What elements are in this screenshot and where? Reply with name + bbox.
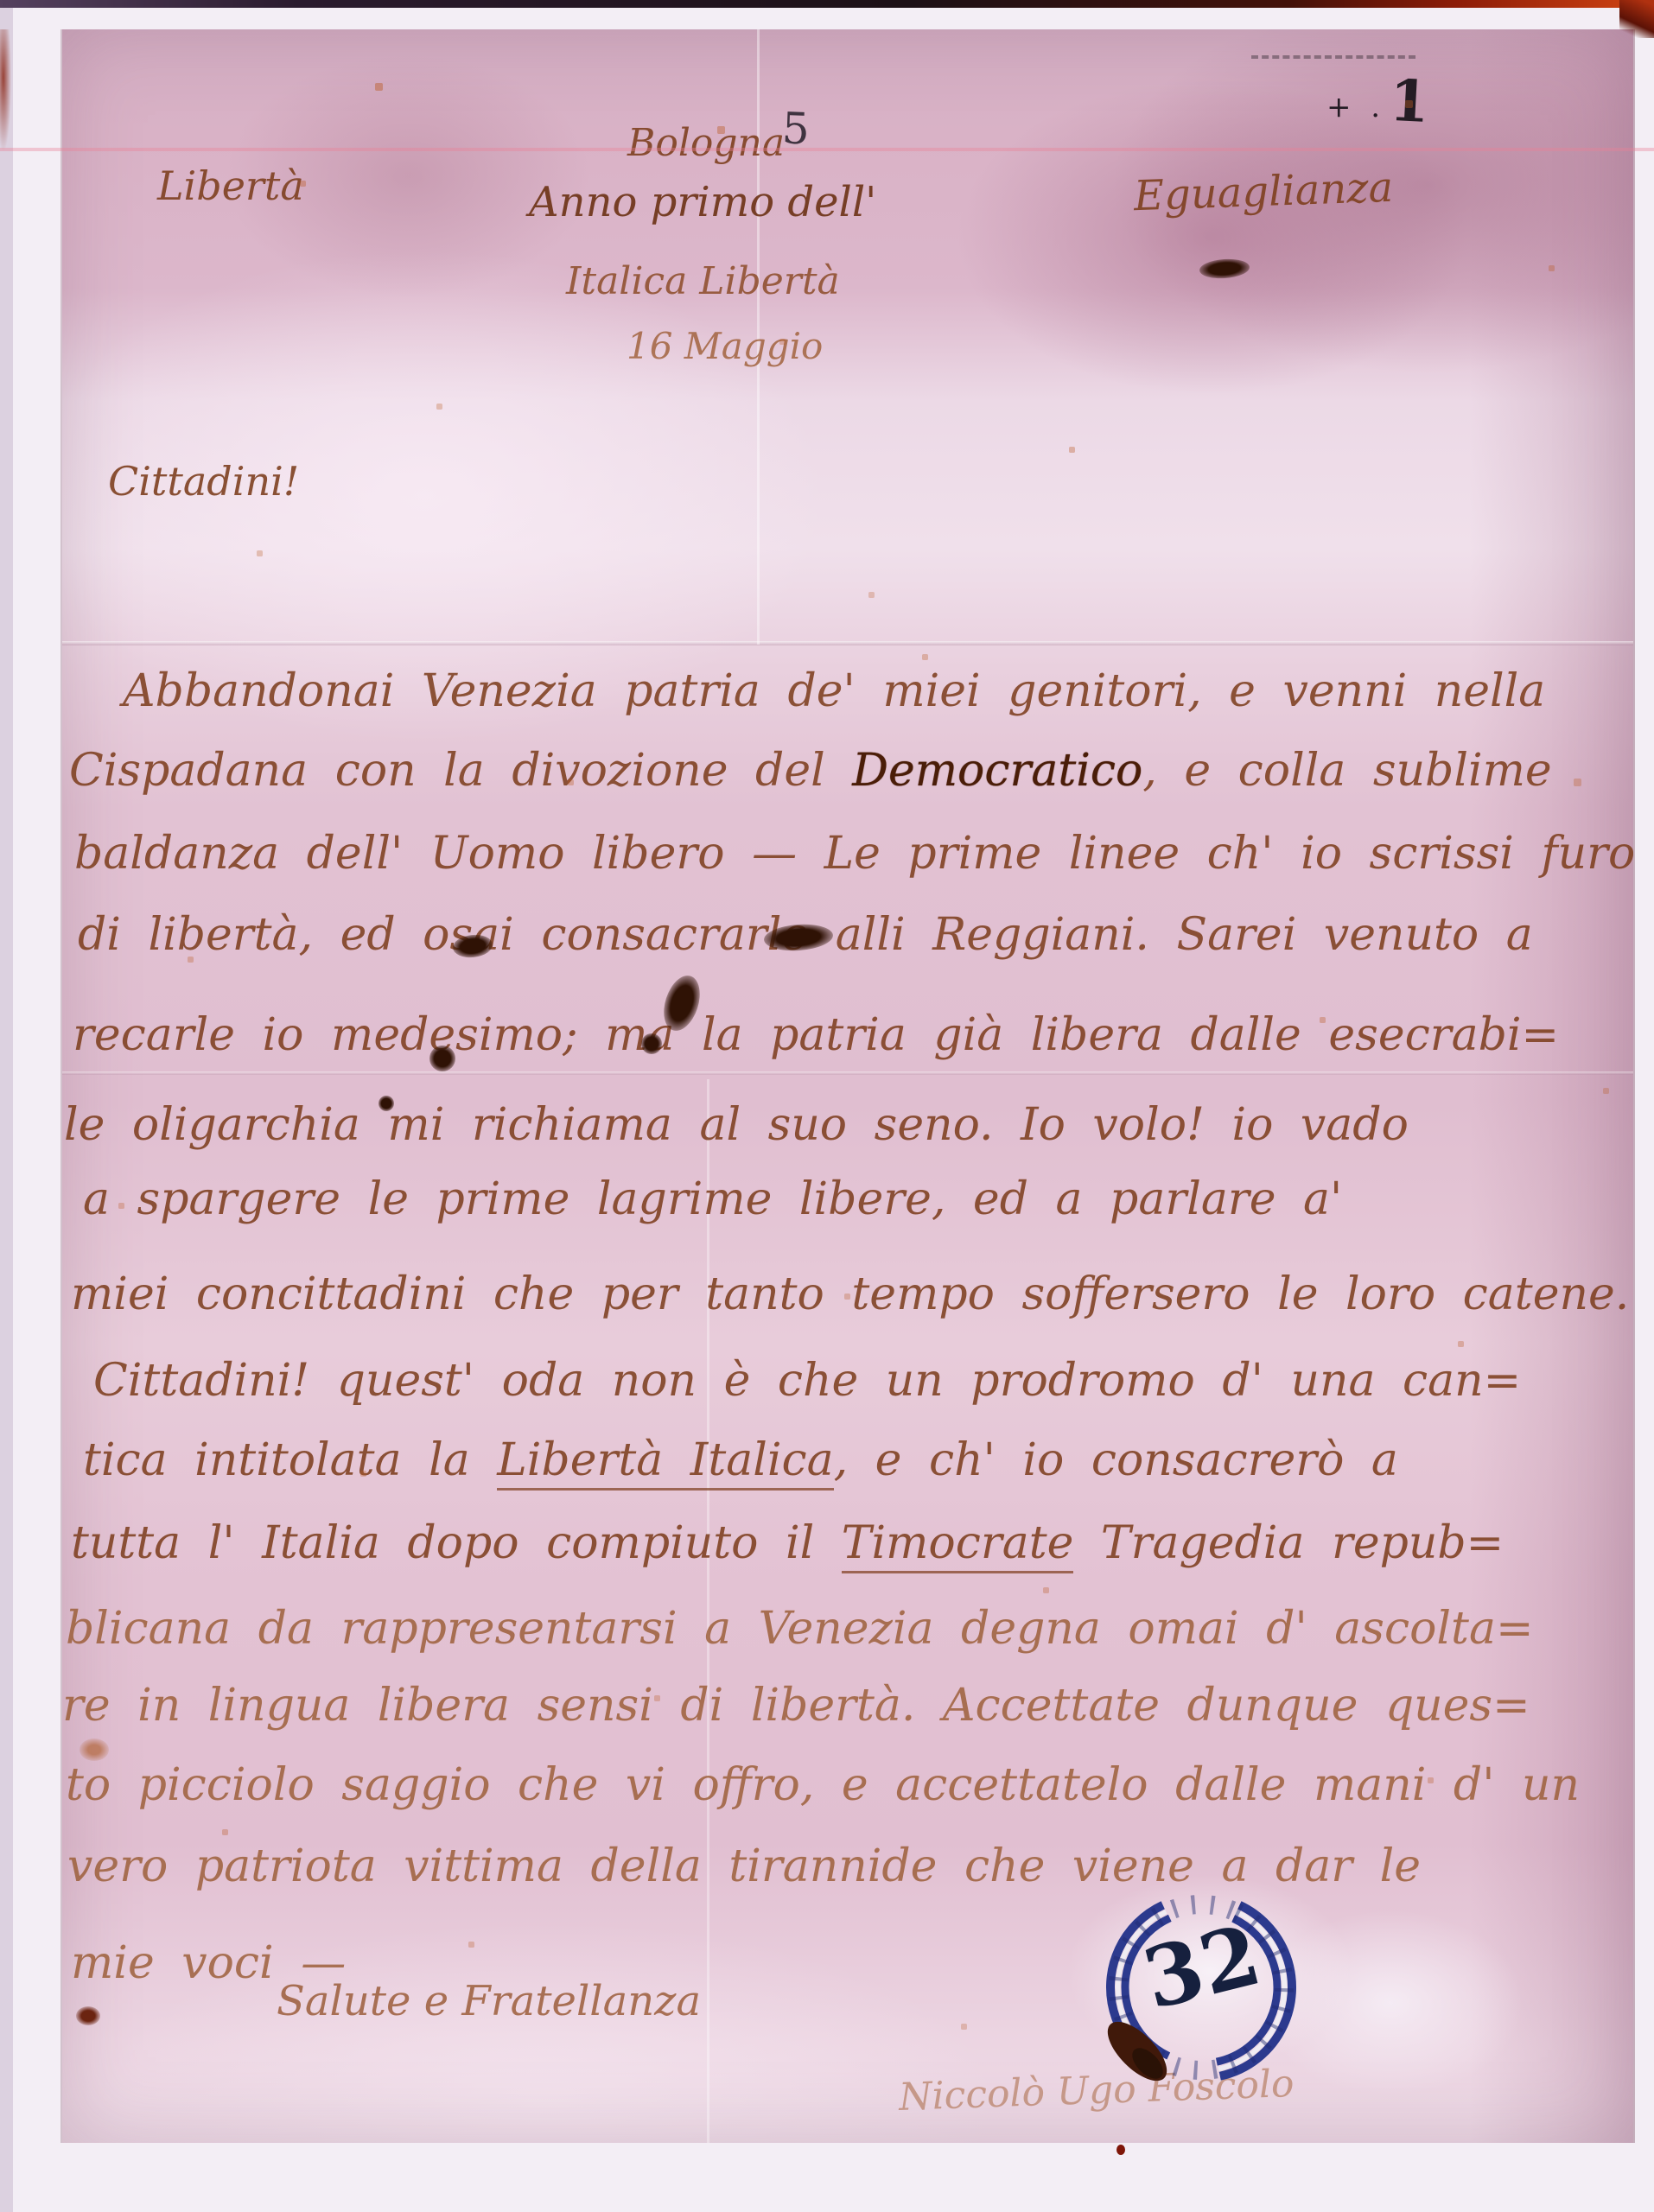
photo-top-right-corner [1619, 0, 1654, 38]
motto-right: Eguaglianza [1133, 163, 1394, 220]
letter-line-text: baldanza dell' Uomo libero — Le prime li… [74, 828, 1633, 880]
letter-line-emphasis: Timocrate [842, 1517, 1074, 1573]
letter-line: baldanza dell' Uomo libero — Le prime li… [74, 828, 1633, 880]
letter-line-text: tica intitolata la [83, 1434, 497, 1486]
letter-line: recarle io medesimo; ma la patria già li… [73, 1009, 1559, 1061]
fold-crease [62, 1071, 1633, 1075]
letter-line: a spargere le prime lagrime libere, ed a… [83, 1173, 1342, 1225]
letter-line: tica intitolata la Libertà Italica, e ch… [83, 1434, 1398, 1486]
letter-line: miei concittadini che per tanto tempo so… [71, 1268, 1629, 1320]
letter-line-text: Abbandonai Venezia patria de' miei genit… [123, 665, 1545, 717]
red-smudge [0, 29, 11, 150]
ink-smudge [80, 1738, 109, 1761]
fold-crease [62, 641, 1633, 645]
letter-line: le oligarchia mi richiama al suo seno. I… [64, 1099, 1409, 1151]
place-name: Bologna [627, 121, 785, 165]
letter-line-text: blicana da rappresentarsi a Venezia degn… [66, 1603, 1534, 1655]
letter-line-text: to picciolo saggio che vi offro, e accet… [66, 1759, 1580, 1811]
letter-line-emphasis: Democratico [852, 745, 1142, 797]
dateline-line1: Anno primo dell' [529, 178, 876, 226]
letter-line-text: tutta l' Italia dopo compiuto il [71, 1517, 842, 1569]
letter-line-text: le oligarchia mi richiama al suo seno. I… [64, 1099, 1409, 1151]
folio-mark-pencil: + . [1326, 90, 1385, 124]
letter-line: Cittadini! quest' oda non è che un prodr… [93, 1355, 1521, 1407]
scan-artifact-line [0, 148, 1654, 151]
photo-left-edge [0, 0, 13, 2212]
letter-line-text: Cittadini! quest' oda non è che un prodr… [93, 1355, 1521, 1407]
letter-line-text: , e colla sublime [1142, 745, 1551, 797]
photo-top-edge [0, 0, 1654, 8]
letter-photograph: 5 + . 1 Libertà Bologna Anno primo dell'… [0, 0, 1654, 2212]
letter-line-text: recarle io medesimo; ma la patria già li… [73, 1009, 1559, 1061]
dateline-line2: Italica Libertà [566, 259, 840, 303]
letter-line: blicana da rappresentarsi a Venezia degn… [66, 1603, 1534, 1655]
letter-line-text: Tragedia repub= [1073, 1517, 1504, 1569]
letter-line-text: miei concittadini che per tanto tempo so… [71, 1268, 1629, 1320]
letter-line-text: Cispadana con la divozione del [69, 745, 852, 797]
letter-line-text: , e ch' io consacrerò a [834, 1434, 1398, 1486]
salutation: Cittadini! [108, 458, 299, 505]
page-number-pencil: 5 [781, 103, 811, 154]
letter-line: Abbandonai Venezia patria de' miei genit… [123, 665, 1545, 717]
ink-blot [641, 1033, 662, 1054]
ink-blot [429, 1046, 455, 1071]
ink-blot [76, 2006, 100, 2025]
ink-blot [379, 1096, 394, 1111]
closing-formula: Salute e Fratellanza [277, 1977, 701, 2025]
letter-line-text: re in lingua libera sensi di libertà. Ac… [62, 1680, 1530, 1732]
ink-blot [1199, 257, 1250, 280]
letter-line: to picciolo saggio che vi offro, e accet… [66, 1759, 1580, 1811]
manuscript-paper: 5 + . 1 Libertà Bologna Anno primo dell'… [62, 29, 1633, 2143]
red-dot [1116, 2145, 1125, 2155]
motto-left: Libertà [157, 162, 304, 209]
dateline-line3: 16 Maggio [627, 325, 823, 367]
letter-line: tutta l' Italia dopo compiuto il Timocra… [71, 1517, 1504, 1569]
letter-line-emphasis: Libertà Italica [497, 1434, 833, 1491]
pencil-dashes [1251, 55, 1415, 59]
letter-line-text: a spargere le prime lagrime libere, ed a… [83, 1173, 1342, 1225]
letter-line: re in lingua libera sensi di libertà. Ac… [62, 1680, 1530, 1732]
foxing-speckles [62, 29, 63, 30]
folio-number-pencil: 1 [1388, 67, 1431, 136]
letter-line: Cispadana con la divozione del Democrati… [69, 745, 1552, 797]
